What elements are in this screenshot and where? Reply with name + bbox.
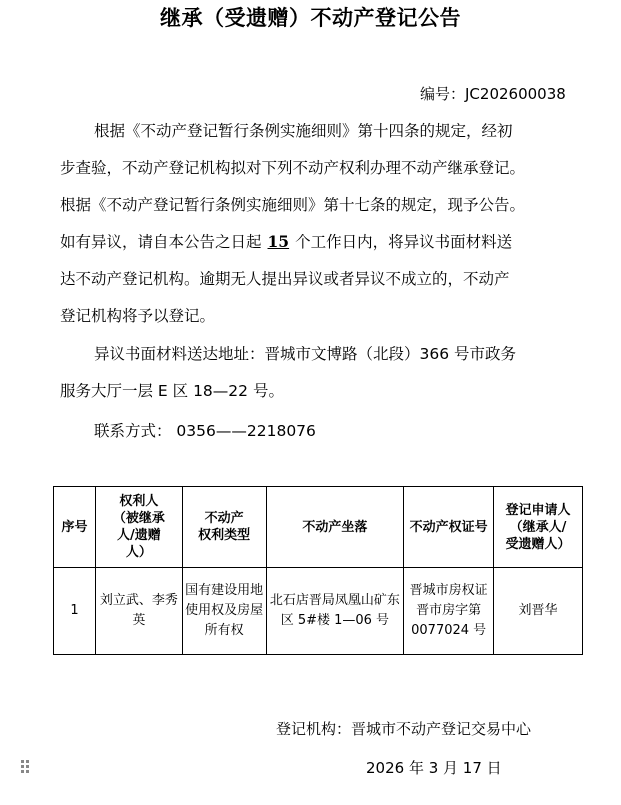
paragraph-1-line-1: 根据《不动产登记暂行条例实施细则》第十四条的规定，经初	[94, 120, 513, 142]
paragraph-2-line-1: 如有异议，请自本公告之日起15个工作日内，将异议书面材料送	[60, 231, 512, 253]
objection-days: 15	[262, 232, 296, 251]
cell-location: 北石店晋局凤凰山矿东区 5#楼 1—06 号	[266, 568, 404, 655]
header-right-holder: 权利人（被继承人/遗赠人）	[95, 487, 182, 568]
document-number: 编号：JC202600038	[420, 83, 566, 105]
objection-suffix: 个工作日内，将异议书面材料送	[295, 233, 512, 251]
header-cert-no: 不动产权证号	[404, 487, 494, 568]
cell-cert-no: 晋城市房权证晋市房字第 0077024 号	[404, 568, 494, 655]
page-title: 继承（受遗赠）不动产登记公告	[0, 4, 621, 32]
table-header-row: 序号 权利人（被继承人/遗赠人） 不动产权利类型 不动产坐落 不动产权证号 登记…	[54, 487, 583, 568]
notice-date: 2026 年 3 月 17 日	[366, 757, 502, 779]
header-right-type: 不动产权利类型	[182, 487, 266, 568]
paragraph-2-line-2: 达不动产登记机构。逾期无人提出异议或者异议不成立的，不动产	[60, 268, 510, 290]
cell-right-type: 国有建设用地使用权及房屋所有权	[182, 568, 266, 655]
cell-seq: 1	[54, 568, 96, 655]
paragraph-1-line-3: 根据《不动产登记暂行条例实施细则》第十七条的规定，现予公告。	[60, 194, 525, 216]
cell-applicant: 刘晋华	[494, 568, 583, 655]
property-table: 序号 权利人（被继承人/遗赠人） 不动产权利类型 不动产坐落 不动产权证号 登记…	[53, 486, 583, 655]
header-location: 不动产坐落	[266, 487, 404, 568]
table-row: 1 刘立武、李秀英 国有建设用地使用权及房屋所有权 北石店晋局凤凰山矿东区 5#…	[54, 568, 583, 655]
address-line-1: 异议书面材料送达地址：晋城市文博路（北段）366 号市政务	[94, 343, 516, 365]
objection-prefix: 如有异议，请自本公告之日起	[60, 233, 262, 251]
drag-handle-icon[interactable]	[21, 760, 29, 774]
header-applicant: 登记申请人（继承人/受遗赠人）	[494, 487, 583, 568]
contact-info: 联系方式： 0356——2218076	[94, 420, 316, 442]
registration-authority: 登记机构：晋城市不动产登记交易中心	[276, 718, 531, 740]
cell-right-holder: 刘立武、李秀英	[95, 568, 182, 655]
address-line-2: 服务大厅一层 E 区 18—22 号。	[60, 380, 284, 402]
paragraph-1-line-2: 步查验，不动产登记机构拟对下列不动产权利办理不动产继承登记。	[60, 157, 525, 179]
paragraph-2-line-3: 登记机构将予以登记。	[60, 305, 215, 327]
header-seq: 序号	[54, 487, 96, 568]
